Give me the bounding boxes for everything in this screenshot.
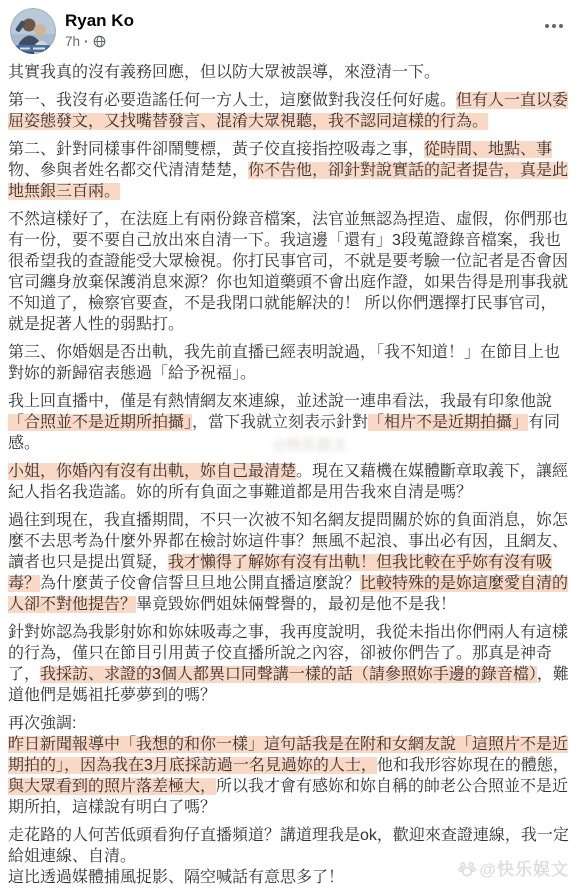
body-text: 再次強調: <box>8 715 76 732</box>
post-meta: 7h · <box>65 34 565 49</box>
post-paragraph: 針對妳認為我影射妳和妳妹吸毒之事，我再度說明，我從未指出你們兩人有這樣的行為，僅… <box>8 622 572 706</box>
body-text: 這比透過媒體捕風捉影、隔空喊話有意思多了！ <box>8 869 344 886</box>
body-text: 為什麼黃子佼會信誓旦旦地公開直播這麼說？ <box>40 575 360 592</box>
highlighted-text: 從時間、地點、事 <box>424 141 552 158</box>
post-paragraph: 再次強調: <box>8 713 572 734</box>
body-text: 我上回直播中，僅是有熱情網友來連線，並述說一連串看法，我最有印象他說 <box>8 393 552 410</box>
post-paragraph: 我上回直播中，僅是有熱情網友來連線，並述說一連串看法，我最有印象他說「合照並不是… <box>8 391 572 454</box>
body-text: 第一、我沒有必要造謠任何一方人士，這麼做對我沒任何好處。 <box>8 92 456 109</box>
body-text: 其實我真的沒有義務回應，但以防大眾被誤導，來澄清一下。 <box>8 64 440 81</box>
header-text: Ryan Ko 7h · <box>65 8 565 49</box>
highlighted-text: 「相片不是近期拍攝」 <box>368 414 528 431</box>
more-options-icon[interactable] <box>543 18 565 34</box>
post-body: 其實我真的沒有義務回應，但以防大眾被誤導，來澄清一下。第一、我沒有必要造謠任何一… <box>0 56 579 888</box>
avatar[interactable] <box>10 8 56 54</box>
post-paragraph: 其實我真的沒有義務回應，但以防大眾被誤導，來澄清一下。 <box>8 62 572 83</box>
highlighted-text: 小姐，你婚內有沒有出軌，妳自己最清楚 <box>8 463 296 480</box>
facebook-post: Ryan Ko 7h · 其實我真的沒有義務回應，但以防大眾被誤導，來澄清一下。… <box>0 0 579 892</box>
post-paragraph: 第二、針對同樣事件卻鬧雙標，黃子佼直接指控吸毒之事，從時間、地點、事物、參與者姓… <box>8 139 572 202</box>
avatar-image <box>10 8 56 54</box>
post-paragraph: 走花路的人何苦低頭看狗仔直播頻道？講道理我是ok，歡迎來查證連線，我一定給姐連線… <box>8 825 572 867</box>
body-text: 不然這樣好了，在法庭上有兩份錄音檔案，法官並無認為捏造、虛假，你們那也有一份，要… <box>8 211 568 333</box>
timestamp[interactable]: 7h <box>65 34 80 49</box>
post-paragraph: 這比透過媒體捕風捉影、隔空喊話有意思多了！ <box>8 867 572 888</box>
post-paragraph: 第一、我沒有必要造謠任何一方人士，這麼做對我沒任何好處。但有人一直以委屈姿態發文… <box>8 90 572 132</box>
meta-separator: · <box>84 34 89 49</box>
post-paragraph: 小姐，你婚內有沒有出軌，妳自己最清楚。現在又藉機在媒體斷章取義下，讓經紀人指名我… <box>8 461 572 503</box>
post-header: Ryan Ko 7h · <box>0 0 579 56</box>
post-paragraph: 第三、你婚姻是否出軌，我先前直播已經表明說過，「我不知道！」在節目上也對妳的新歸… <box>8 342 572 384</box>
post-paragraph: 過往到現在，我直播期間，不只一次被不知名網友提問關於妳的負面消息，妳怎麼不去思考… <box>8 510 572 615</box>
body-text: 他和我形容妳現在的體態， <box>377 757 569 774</box>
body-text: 物、參與者姓名都交代清清楚楚， <box>8 162 248 179</box>
body-text: ，當下我就立刻表示針對 <box>192 414 368 431</box>
highlighted-text: 「合照並不是近期所拍攝」 <box>8 414 192 431</box>
globe-icon <box>93 35 106 48</box>
body-text: 第三、你婚姻是否出軌，我先前直播已經表明說過，「我不知道！」在節目上也對妳的新歸… <box>8 344 560 382</box>
post-paragraph: 昨日新聞報導中「我想的和你一樣」這句話我是在附和女網友說「這照片不是近期拍的」，… <box>8 734 572 818</box>
body-text: 畢竟毀妳們姐妹倆聲譽的，最初是他不是我！ <box>136 596 456 613</box>
body-text: 第二、針對同樣事件卻鬧雙標，黃子佼直接指控吸毒之事， <box>8 141 424 158</box>
author-name[interactable]: Ryan Ko <box>65 8 565 32</box>
post-paragraph: 不然這樣好了，在法庭上有兩份錄音檔案，法官並無認為捏造、虛假，你們那也有一份，要… <box>8 209 572 335</box>
body-text: 走花路的人何苦低頭看狗仔直播頻道？講道理我是ok，歡迎來查證連線，我一定給姐連線… <box>8 827 569 865</box>
highlighted-text: 我採訪、求證的3個人都異口同聲講一樣的話（請參照妳手邊的錄音檔） <box>40 666 537 683</box>
highlighted-text: 與大眾看到的照片落差極大， <box>8 778 216 795</box>
